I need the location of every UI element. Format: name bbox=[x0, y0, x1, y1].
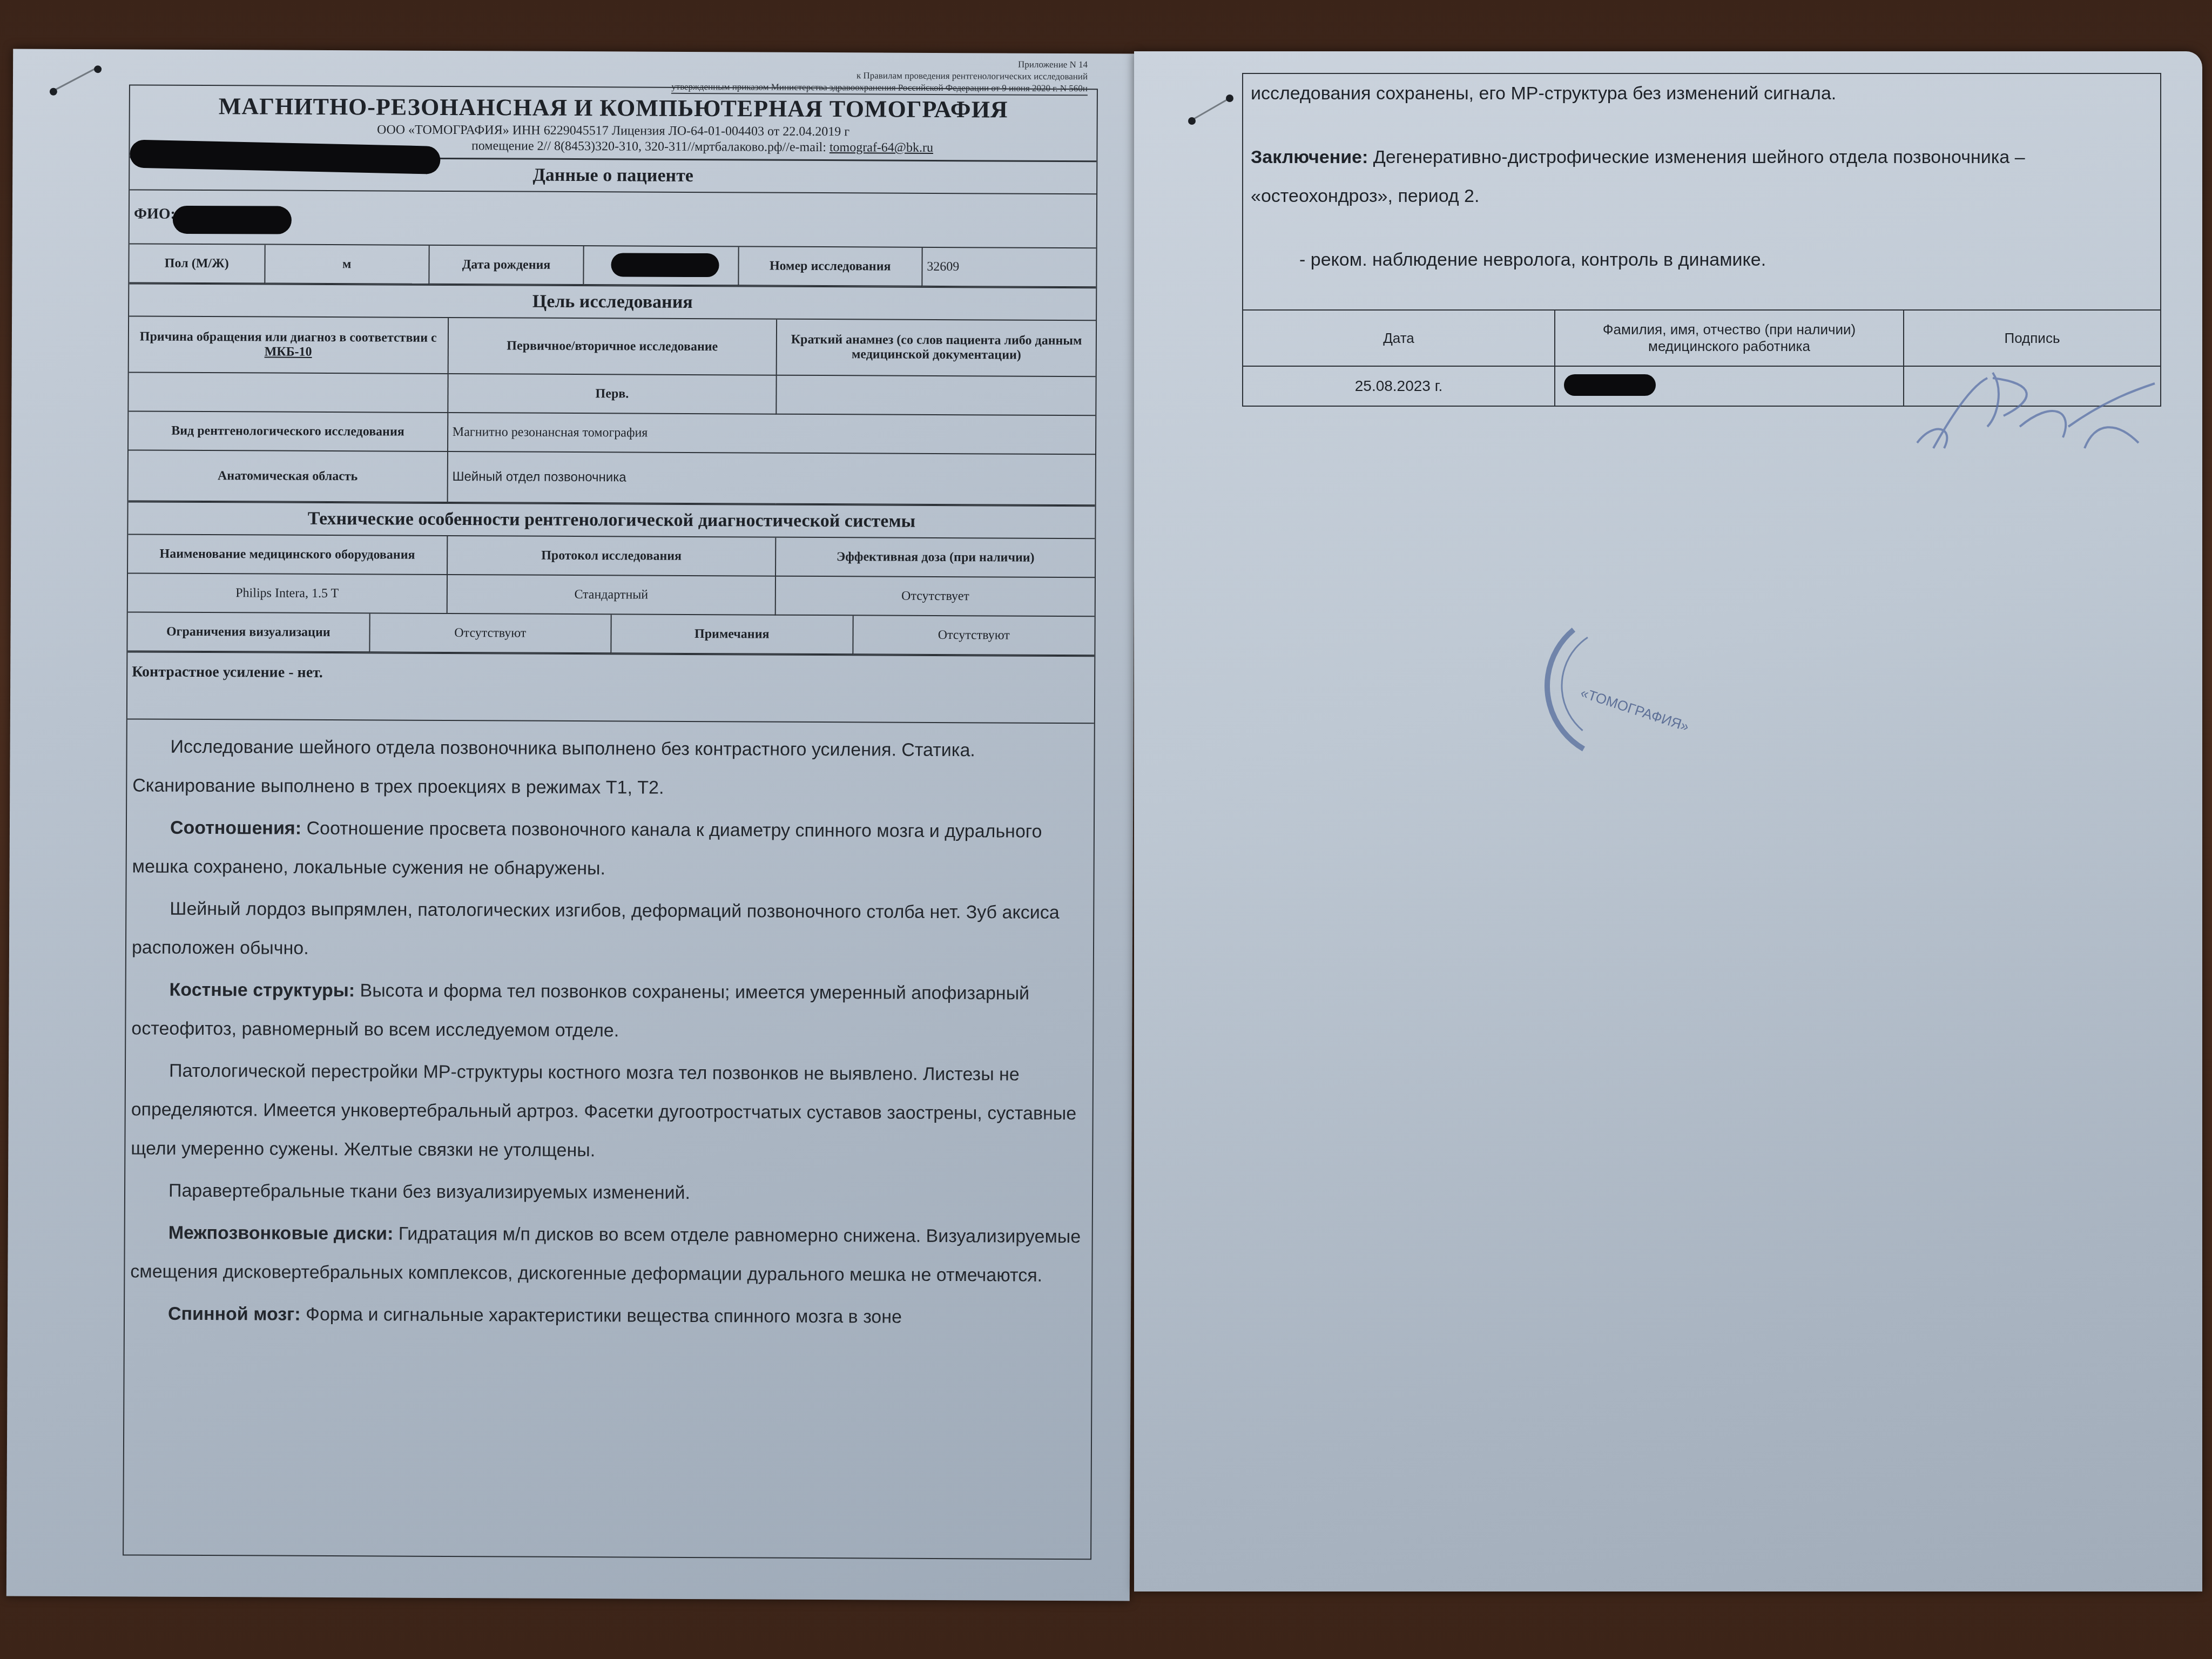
findings-paragraph: Шейный лордоз выпрямлен, патологических … bbox=[132, 889, 1091, 971]
dose-value: Отсутствует bbox=[775, 576, 1095, 617]
technical-table: Наименование медицинского оборудования П… bbox=[128, 535, 1095, 617]
limits-label: Ограничения визуализации bbox=[127, 612, 369, 652]
stamp-text: «ТОМОГРАФИЯ» bbox=[1579, 684, 1691, 734]
address-text: помещение 2// 8(8453)320-310, 320-311//м… bbox=[471, 139, 829, 154]
anamnesis-label: Краткий анамнез (со слов пациента либо д… bbox=[777, 320, 1096, 377]
primary-value: Перв. bbox=[448, 374, 777, 414]
anatomical-area-label: Анатомическая область bbox=[129, 450, 448, 502]
notes-label: Примечания bbox=[611, 615, 853, 654]
dob-label: Дата рождения bbox=[429, 246, 584, 285]
findings-paragraph: Исследование шейного отдела позвоночника… bbox=[132, 727, 1092, 809]
findings-paragraph: Патологической перестройки МР-структуры … bbox=[131, 1051, 1090, 1172]
report-page-2: исследования сохранены, его МР-структура… bbox=[1134, 51, 2202, 1591]
section-technical: Технические особенности рентгенологическ… bbox=[128, 501, 1095, 539]
anatomical-area-value: Шейный отдел позвоночника bbox=[447, 451, 1095, 505]
equipment-label: Наименование медицинского оборудования bbox=[128, 535, 447, 575]
recommendation: - реком. наблюдение невролога, контроль … bbox=[1251, 240, 2153, 279]
reason-label: Причина обращения или диагноз в соответс… bbox=[129, 316, 448, 374]
redacted-dob bbox=[611, 253, 719, 277]
redacted-name bbox=[173, 206, 292, 234]
sex-label: Пол (М/Ж) bbox=[129, 244, 265, 283]
date-value: 25.08.2023 г. bbox=[1243, 366, 1555, 406]
continuation-text: исследования сохранены, его МР-структура… bbox=[1251, 74, 2153, 113]
report-form: МАГНИТНО-РЕЗОНАНСНАЯ И КОМПЬЮТЕРНАЯ ТОМО… bbox=[123, 84, 1098, 1560]
conclusion-block: исследования сохранены, его МР-структура… bbox=[1242, 73, 2161, 311]
name-header: Фамилия, имя, отчество (при наличии) мед… bbox=[1555, 310, 1904, 366]
staple-mark bbox=[1193, 97, 1231, 120]
icd10-link[interactable]: МКБ-10 bbox=[265, 345, 312, 359]
findings-text: Шейный лордоз выпрямлен, патологических … bbox=[132, 899, 1060, 959]
conclusion: Заключение: Дегенеративно-дистрофические… bbox=[1251, 138, 2153, 215]
findings-label: Соотношения: bbox=[170, 818, 301, 839]
dose-label: Эффективная доза (при наличии) bbox=[775, 538, 1095, 578]
findings-text: Форма и сигнальные характеристики вещест… bbox=[301, 1304, 902, 1327]
staple-hole bbox=[94, 65, 102, 73]
handwritten-signature bbox=[1912, 367, 2160, 454]
reason-value bbox=[129, 372, 448, 413]
findings-text: Исследование шейного отдела позвоночника… bbox=[132, 737, 975, 798]
primary-label: Первичное/вторичное исследование bbox=[448, 318, 777, 375]
report-page-1: Приложение N 14 к Правилам проведения ре… bbox=[6, 49, 1136, 1601]
clinic-title: МАГНИТНО-РЕЗОНАНСНАЯ И КОМПЬЮТЕРНАЯ ТОМО… bbox=[130, 92, 1097, 124]
equipment-value: Philips Intera, 1.5 T bbox=[128, 573, 447, 613]
dob-value bbox=[584, 246, 739, 285]
findings-paragraph: Костные структуры: Высота и форма тел по… bbox=[131, 970, 1091, 1052]
date-header: Дата bbox=[1243, 310, 1555, 366]
doctor-name-value bbox=[1555, 366, 1904, 406]
protocol-label: Протокол исследования bbox=[447, 536, 776, 576]
findings-paragraph: Спинной мозг: Форма и сигнальные характе… bbox=[130, 1294, 1089, 1337]
conclusion-label: Заключение: bbox=[1251, 147, 1368, 167]
fio-row: ФИО: bbox=[130, 190, 1096, 248]
redacted-doctor-name bbox=[1564, 374, 1656, 396]
study-type-value: Магнитно резонансная томография bbox=[448, 413, 1096, 454]
section-purpose: Цель исследования bbox=[129, 283, 1096, 321]
staple-mark bbox=[55, 69, 95, 91]
findings-label: Спинной мозг: bbox=[168, 1304, 301, 1325]
fio-label: ФИО: bbox=[134, 205, 176, 222]
reason-text: Причина обращения или диагноз в соответс… bbox=[140, 330, 437, 345]
findings-paragraph: Межпозвонковые диски: Гидратация м/п дис… bbox=[130, 1213, 1090, 1295]
limits-value: Отсутствуют bbox=[369, 613, 611, 653]
sex-value: м bbox=[265, 245, 429, 284]
clinic-header: МАГНИТНО-РЕЗОНАНСНАЯ И КОМПЬЮТЕРНАЯ ТОМО… bbox=[130, 85, 1097, 162]
findings-label: Костные структуры: bbox=[170, 980, 355, 1001]
purpose-table: Причина обращения или диагноз в соответс… bbox=[129, 316, 1096, 505]
findings-text: Патологической перестройки МР-структуры … bbox=[131, 1061, 1076, 1161]
protocol-value: Стандартный bbox=[447, 575, 775, 615]
findings-paragraph: Соотношения: Соотношение просвета позвон… bbox=[132, 808, 1091, 890]
anamnesis-value bbox=[777, 375, 1096, 416]
organization-stamp: «ТОМОГРАФИЯ» bbox=[1528, 605, 1701, 767]
patient-table: Пол (М/Ж) м Дата рождения Номер исследов… bbox=[129, 244, 1096, 287]
study-number-label: Номер исследования bbox=[738, 247, 922, 286]
study-number-value: 32609 bbox=[922, 248, 1096, 287]
visualization-table: Ограничения визуализации Отсутствуют При… bbox=[127, 612, 1094, 656]
email-link[interactable]: tomograf-64@bk.ru bbox=[829, 140, 933, 155]
study-type-label: Вид рентгенологического исследования bbox=[129, 411, 448, 451]
notes-value: Отсутствуют bbox=[853, 616, 1095, 655]
findings-paragraph: Паравертебральные ткани без визуализируе… bbox=[131, 1171, 1090, 1214]
signature-header: Подпись bbox=[1904, 310, 2161, 366]
findings-text: Паравертебральные ткани без визуализируе… bbox=[168, 1181, 690, 1203]
findings-text: Исследование шейного отдела позвоночника… bbox=[125, 719, 1094, 1337]
contrast-note: Контрастное усиление - нет. bbox=[127, 651, 1095, 724]
findings-label: Межпозвонковые диски: bbox=[168, 1223, 394, 1244]
